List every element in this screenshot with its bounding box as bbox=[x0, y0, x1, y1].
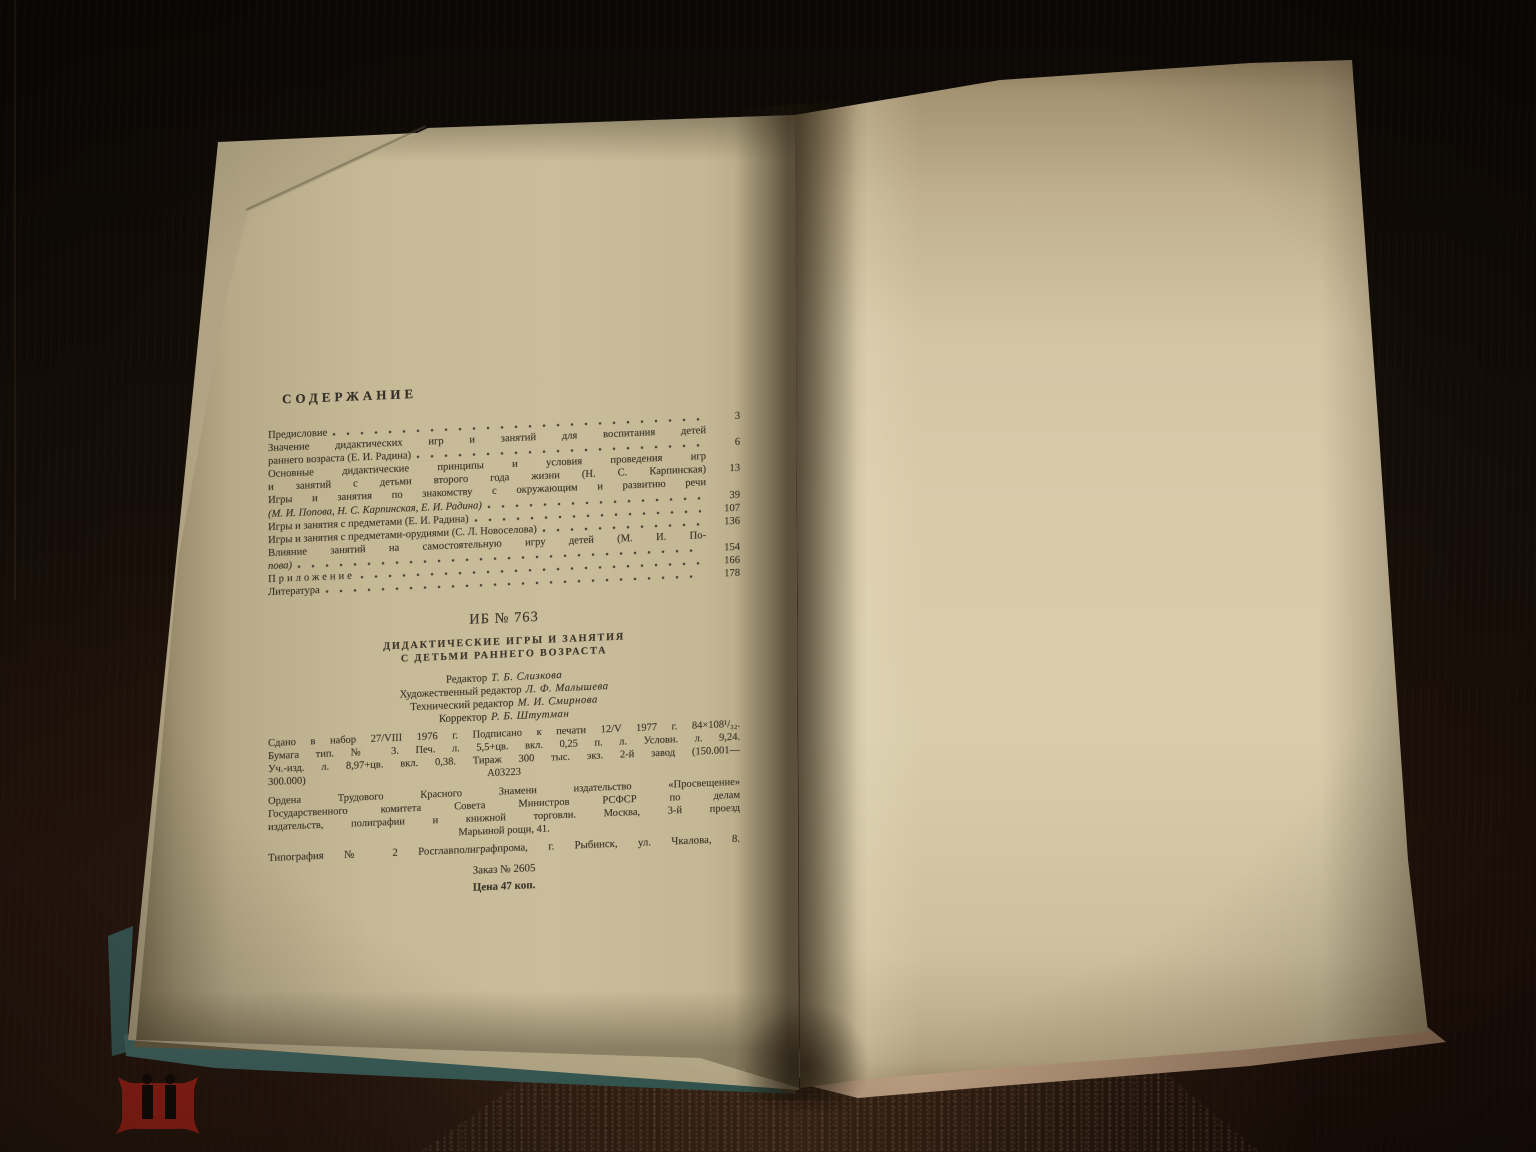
photo-vignette bbox=[0, 0, 1536, 1152]
photo-of-open-book: СОДЕРЖАНИЕ Предисловие3 Значение дидакти… bbox=[0, 0, 1536, 1152]
